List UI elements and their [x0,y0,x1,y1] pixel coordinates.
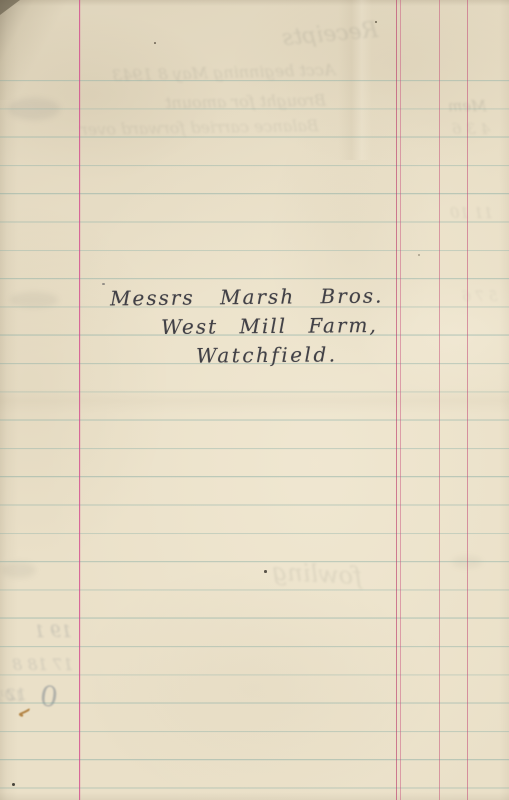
bleedthrough-number: 10½ [0,687,24,705]
bleedthrough-zero: 0 [38,679,60,714]
ink-speck [102,283,105,285]
bleedthrough-heading: Receipts [281,18,379,51]
ink-stain-mark: ✓ [12,703,34,721]
column-line-shillings [439,0,440,800]
bleedthrough-word: fowling [271,558,362,591]
bleedthrough-row: Brought for amount [165,91,326,113]
corner-fold-shadow [0,0,22,18]
address-line-2: West Mill Farm, [161,313,378,339]
paper-crease-band [0,388,509,414]
ledger-page: Receipts Acct beginning May 8 1943 Broug… [0,0,509,800]
address-line-1: Messrs Marsh Bros. [110,284,384,311]
bleedthrough-smudge [452,556,482,568]
bleedthrough-smudge [2,562,36,578]
margin-line [79,0,80,800]
dark-speck [264,570,267,573]
paper-mottle-texture [0,0,509,800]
column-line-pence [467,0,468,800]
column-line-double-left [396,0,397,800]
bleedthrough-memo: Mem [448,97,486,115]
bleedthrough-number: 19 1 [34,622,72,642]
bleedthrough-number: 12 [6,685,26,704]
bleedthrough-amount: 4 3 6 [452,120,490,138]
dark-speck [12,783,15,786]
bleedthrough-smudge [10,292,58,308]
horizontal-ruled-lines [0,80,509,792]
column-line-double-right [400,0,401,800]
bleedthrough-amount: 5 7 6 [462,289,498,305]
bleedthrough-smudge [8,98,60,120]
dust-speck [418,254,420,256]
address-line-3: Watchfield. [196,342,338,367]
bleedthrough-row: Acct beginning May 8 1943 [112,60,336,85]
bleedthrough-number: 17 18 8 [12,655,73,674]
dust-speck [375,21,377,23]
bleedthrough-amount: 11 10 [450,204,493,222]
corner-crease-shading [0,0,80,100]
paper-crease-band [338,0,372,160]
bleedthrough-row: Balance carried forward over [80,116,319,139]
dust-speck [154,42,156,44]
